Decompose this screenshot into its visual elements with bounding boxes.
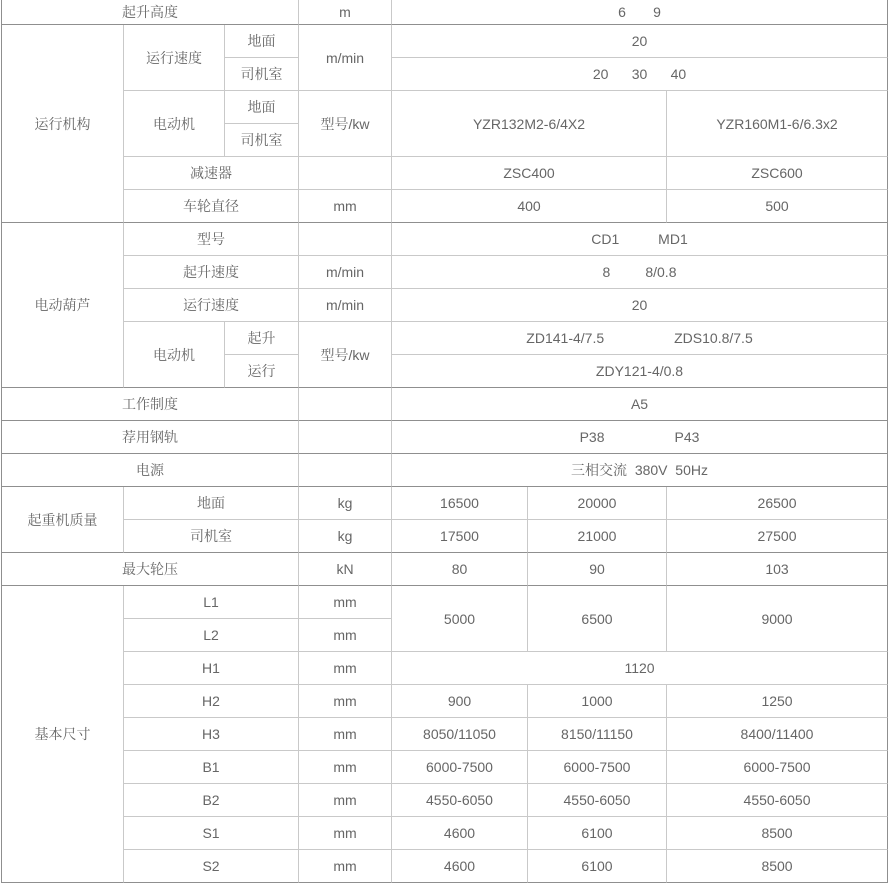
table-row: 起重机质量地面kg165002000026500 [2, 487, 888, 520]
spec-unit-cell: mm [299, 586, 392, 619]
spec-label-cell: 起升高度 [2, 0, 299, 25]
spec-label-cell: 地面 [225, 25, 299, 58]
spec-val-cell: 4550-6050 [528, 784, 667, 817]
spec-label-cell: 地面 [225, 91, 299, 124]
spec-label-cell: B2 [124, 784, 299, 817]
spec-label-cell: 运行速度 [124, 25, 225, 91]
spec-val-cell: 900 [392, 685, 528, 718]
spec-label-cell: S1 [124, 817, 299, 850]
spec-unit-cell: kN [299, 553, 392, 586]
spec-unit-cell: mm [299, 850, 392, 883]
spec-val-cell: 4550-6050 [667, 784, 888, 817]
spec-label-cell: 起升速度 [124, 256, 299, 289]
spec-unit-cell: mm [299, 784, 392, 817]
spec-unit-cell: kg [299, 520, 392, 553]
spec-unit-cell: mm [299, 190, 392, 223]
spec-val-cell: 103 [667, 553, 888, 586]
spec-val-cell: 6000-7500 [667, 751, 888, 784]
table-row: 电动机地面型号/kwYZR132M2-6/4X2YZR160M1-6/6.3x2 [2, 91, 888, 124]
table-row: B2mm4550-60504550-60504550-6050 [2, 784, 888, 817]
spec-unit-cell: mm [299, 652, 392, 685]
table-row: S2mm460061008500 [2, 850, 888, 883]
spec-val-cell: 6000-7500 [528, 751, 667, 784]
spec-val-cell: 8400/11400 [667, 718, 888, 751]
spec-unit-cell: kg [299, 487, 392, 520]
spec-unit-cell [299, 388, 392, 421]
spec-unit-cell [299, 421, 392, 454]
spec-unit-cell: mm [299, 685, 392, 718]
spec-val-cell: 4600 [392, 817, 528, 850]
spec-label-cell: 司机室 [124, 520, 299, 553]
spec-val-cell: 8500 [667, 850, 888, 883]
spec-val-cell: 6 9 [392, 0, 888, 25]
spec-val-cell: 90 [528, 553, 667, 586]
spec-val-cell: 1250 [667, 685, 888, 718]
spec-unit-cell [299, 157, 392, 190]
spec-val-cell: 4550-6050 [392, 784, 528, 817]
spec-val-cell: 5000 [392, 586, 528, 652]
spec-group-cell: 基本尺寸 [2, 586, 124, 883]
table-row: S1mm460061008500 [2, 817, 888, 850]
spec-label-cell: 工作制度 [2, 388, 299, 421]
table-row: 工作制度A5 [2, 388, 888, 421]
table-row: H3mm8050/110508150/111508400/11400 [2, 718, 888, 751]
spec-label-cell: 地面 [124, 487, 299, 520]
spec-val-cell: 1000 [528, 685, 667, 718]
spec-unit-cell: m/min [299, 289, 392, 322]
spec-unit-cell [299, 223, 392, 256]
spec-val-cell: 6100 [528, 850, 667, 883]
spec-unit-cell: mm [299, 619, 392, 652]
table-row: 减速器ZSC400ZSC600 [2, 157, 888, 190]
spec-val-cell: 6500 [528, 586, 667, 652]
spec-val-cell: YZR160M1-6/6.3x2 [667, 91, 888, 157]
spec-val-cell: 80 [392, 553, 528, 586]
spec-val-cell: P38 P43 [392, 421, 888, 454]
spec-val-cell: 400 [392, 190, 667, 223]
table-row: 起升高度m6 9 [2, 0, 888, 25]
spec-val-cell: 21000 [528, 520, 667, 553]
spec-unit-cell [299, 454, 392, 487]
spec-unit-cell: mm [299, 751, 392, 784]
spec-group-cell: 起重机质量 [2, 487, 124, 553]
spec-val-cell: 4600 [392, 850, 528, 883]
spec-unit-cell: m/min [299, 25, 392, 91]
spec-label-cell: H3 [124, 718, 299, 751]
spec-label-cell: 起升 [225, 322, 299, 355]
spec-val-cell: 27500 [667, 520, 888, 553]
spec-unit-cell: 型号/kw [299, 322, 392, 388]
spec-label-cell: L1 [124, 586, 299, 619]
spec-label-cell: 电源 [2, 454, 299, 487]
spec-val-cell: 1120 [392, 652, 888, 685]
spec-label-cell: 最大轮压 [2, 553, 299, 586]
spec-val-cell: ZD141-4/7.5 ZDS10.8/7.5 [392, 322, 888, 355]
spec-table: 起升高度m6 9运行机构运行速度地面m/min20司机室20 30 40电动机地… [1, 0, 888, 883]
table-row: 运行机构运行速度地面m/min20 [2, 25, 888, 58]
table-row: 运行速度m/min20 [2, 289, 888, 322]
spec-val-cell: 8 8/0.8 [392, 256, 888, 289]
spec-val-cell: 20 [392, 289, 888, 322]
spec-val-cell: 20 30 40 [392, 58, 888, 91]
spec-val-cell: 8500 [667, 817, 888, 850]
spec-label-cell: H1 [124, 652, 299, 685]
spec-val-cell: 500 [667, 190, 888, 223]
spec-label-cell: H2 [124, 685, 299, 718]
table-row: H2mm90010001250 [2, 685, 888, 718]
table-row: 电动葫芦型号CD1 MD1 [2, 223, 888, 256]
table-row: 电源三相交流 380V 50Hz [2, 454, 888, 487]
spec-label-cell: 荐用钢轨 [2, 421, 299, 454]
table-row: 电动机起升型号/kwZD141-4/7.5 ZDS10.8/7.5 [2, 322, 888, 355]
spec-label-cell: 电动机 [124, 91, 225, 157]
spec-group-cell: 电动葫芦 [2, 223, 124, 388]
spec-label-cell: 运行速度 [124, 289, 299, 322]
table-row: 起升速度m/min8 8/0.8 [2, 256, 888, 289]
spec-val-cell: 20000 [528, 487, 667, 520]
spec-label-cell: 型号 [124, 223, 299, 256]
spec-label-cell: 运行 [225, 355, 299, 388]
spec-label-cell: L2 [124, 619, 299, 652]
spec-table-body: 起升高度m6 9运行机构运行速度地面m/min20司机室20 30 40电动机地… [2, 0, 888, 883]
spec-unit-cell: m [299, 0, 392, 25]
spec-val-cell: A5 [392, 388, 888, 421]
spec-table-container: 起升高度m6 9运行机构运行速度地面m/min20司机室20 30 40电动机地… [0, 0, 888, 883]
spec-val-cell: CD1 MD1 [392, 223, 888, 256]
spec-val-cell: 20 [392, 25, 888, 58]
spec-unit-cell: mm [299, 817, 392, 850]
spec-val-cell: 8050/11050 [392, 718, 528, 751]
table-row: 最大轮压kN8090103 [2, 553, 888, 586]
spec-label-cell: 减速器 [124, 157, 299, 190]
spec-val-cell: 16500 [392, 487, 528, 520]
table-row: 基本尺寸L1mm500065009000 [2, 586, 888, 619]
spec-val-cell: 6100 [528, 817, 667, 850]
table-row: 司机室kg175002100027500 [2, 520, 888, 553]
spec-label-cell: S2 [124, 850, 299, 883]
table-row: 荐用钢轨P38 P43 [2, 421, 888, 454]
spec-unit-cell: m/min [299, 256, 392, 289]
spec-val-cell: 6000-7500 [392, 751, 528, 784]
spec-val-cell: 三相交流 380V 50Hz [392, 454, 888, 487]
spec-label-cell: 司机室 [225, 58, 299, 91]
spec-val-cell: 26500 [667, 487, 888, 520]
spec-unit-cell: 型号/kw [299, 91, 392, 157]
spec-val-cell: YZR132M2-6/4X2 [392, 91, 667, 157]
spec-label-cell: B1 [124, 751, 299, 784]
spec-label-cell: 司机室 [225, 124, 299, 157]
spec-val-cell: ZDY121-4/0.8 [392, 355, 888, 388]
spec-val-cell: ZSC600 [667, 157, 888, 190]
spec-val-cell: 9000 [667, 586, 888, 652]
spec-label-cell: 车轮直径 [124, 190, 299, 223]
spec-unit-cell: mm [299, 718, 392, 751]
spec-val-cell: 17500 [392, 520, 528, 553]
spec-val-cell: 8150/11150 [528, 718, 667, 751]
spec-label-cell: 电动机 [124, 322, 225, 388]
spec-group-cell: 运行机构 [2, 25, 124, 223]
table-row: B1mm6000-75006000-75006000-7500 [2, 751, 888, 784]
spec-val-cell: ZSC400 [392, 157, 667, 190]
table-row: 车轮直径mm400500 [2, 190, 888, 223]
table-row: H1mm1120 [2, 652, 888, 685]
